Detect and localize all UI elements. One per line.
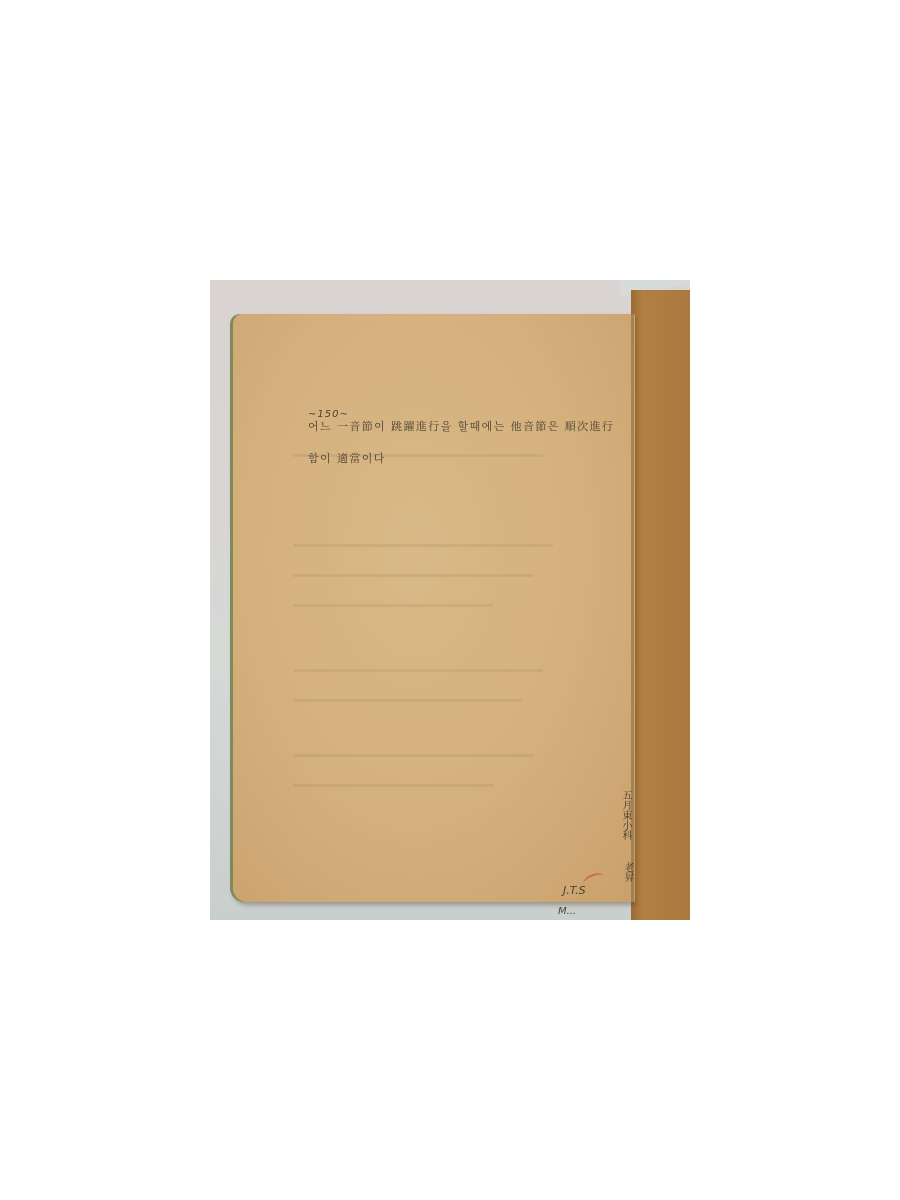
handwritten-vertical-note: 五月東小科 (618, 790, 633, 840)
handwritten-initials: J.T.S (563, 884, 586, 897)
back-cover (631, 290, 690, 920)
handwritten-vertical-note: 老昇 (620, 862, 635, 882)
handwritten-subnote: M... (558, 906, 576, 917)
text-line: 함이 適當이다 (308, 450, 386, 466)
book-photo: ~150~ 어느 一音節이 跳躍進行을 할때에는 他音節은 順次進行 함이 適當… (210, 280, 690, 920)
book-page: ~150~ 어느 一音節이 跳躍進行을 할때에는 他音節은 順次進行 함이 適當… (233, 314, 635, 902)
text-line: 어느 一音節이 跳躍進行을 할때에는 他音節은 順次進行 (308, 418, 614, 434)
